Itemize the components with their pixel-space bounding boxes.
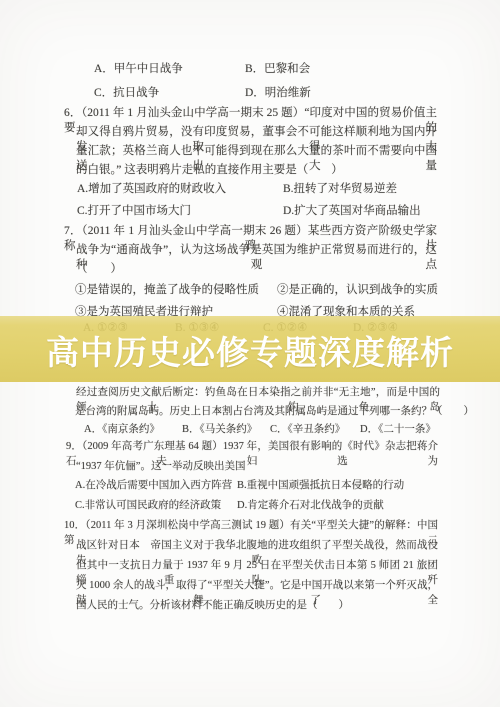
question-7-line-2: 战争为“通商战争”，认为这场战争是英国为维护正常贸易而进行的，这种观点 — [76, 243, 437, 273]
question-8-option-a: A．《南京条约》 — [84, 422, 160, 437]
prev-option-c: C．抗日战争 — [94, 86, 159, 101]
question-6-options-row-1: A.增加了英国政府的财政收入 B.扭转了对华贸易逆差 — [0, 182, 500, 197]
question-9-option-c: C.非常认可国民政府的经济政策 — [75, 498, 221, 513]
prev-question-options-row-1: A．甲午中日战争 B．巴黎和会 — [0, 62, 500, 77]
question-6-option-a: A.增加了英国政府的财政收入 — [77, 182, 226, 197]
prev-option-d: D．明治维新 — [245, 86, 311, 101]
banner-title-text: 高中历史必修专题深度解析 — [46, 325, 454, 374]
question-9-options-row-1: A.在冷战后需要中国加入西方阵营 B.重视中国顽强抵抗日本侵略的行动 — [0, 478, 500, 493]
question-7-line-3: （ ） — [76, 262, 122, 277]
prev-option-b: B．巴黎和会 — [245, 62, 310, 77]
question-8-option-c: C．《辛丑条约》 — [270, 422, 345, 437]
exam-paper-photo: A．甲午中日战争 B．巴黎和会 C．抗日战争 D．明治维新 6．（2011 年 … — [0, 0, 500, 707]
question-8-options-row: A．《南京条约》 B．《马关条约》 C．《辛丑条约》 D．《二十一条》 — [0, 422, 500, 437]
question-6-option-d: D.扩大了英国对华商品输出 — [283, 204, 421, 219]
question-9-option-b: B.重视中国顽强抵抗日本侵略的行动 — [237, 478, 404, 493]
title-banner: 高中历史必修专题深度解析 — [0, 316, 500, 382]
question-9-options-row-2: C.非常认可国民政府的经济政策 D.肯定蒋介石对北伐战争的贡献 — [0, 498, 500, 513]
question-10-line-5: 国人民的士气。分析该材料不能正确反映历史的是（ ） — [76, 598, 349, 613]
question-6-options-row-2: C.打开了中国市场大门 D.扩大了英国对华商品输出 — [0, 204, 500, 219]
question-7-item-1: ①是错误的，掩盖了战争的侵略性质 — [75, 283, 259, 298]
question-9-option-d: D.肯定蒋介石对北伐战争的贡献 — [237, 498, 384, 513]
question-9-option-a: A.在冷战后需要中国加入西方阵营 — [75, 478, 232, 493]
question-8-line-2: 是台湾的附属岛屿。历史上日本割占台湾及其附属岛屿是通过下列哪一条约？（ ） — [75, 404, 474, 419]
question-6-line-4: 的白银。” 这表明鸦片走私的直接作用主要是（ ） — [76, 163, 343, 178]
prev-question-options-row-2: C．抗日战争 D．明治维新 — [0, 86, 500, 101]
question-9-line-2: “1937 年伉俪”。这一举动反映出美国 — [76, 459, 245, 474]
question-8-option-d: D．《二十一条》 — [360, 422, 436, 437]
question-6-option-c: C.打开了中国市场大门 — [77, 204, 191, 219]
question-6-option-b: B.扭转了对华贸易逆差 — [283, 182, 397, 197]
prev-option-a: A．甲午中日战争 — [94, 62, 183, 77]
question-7-item-2: ②是正确的，认识到战争的实质 — [277, 283, 438, 298]
question-7-items-row-1: ①是错误的，掩盖了战争的侵略性质 ②是正确的，认识到战争的实质 — [0, 283, 500, 298]
question-8-option-b: B．《马关条约》 — [182, 422, 257, 437]
